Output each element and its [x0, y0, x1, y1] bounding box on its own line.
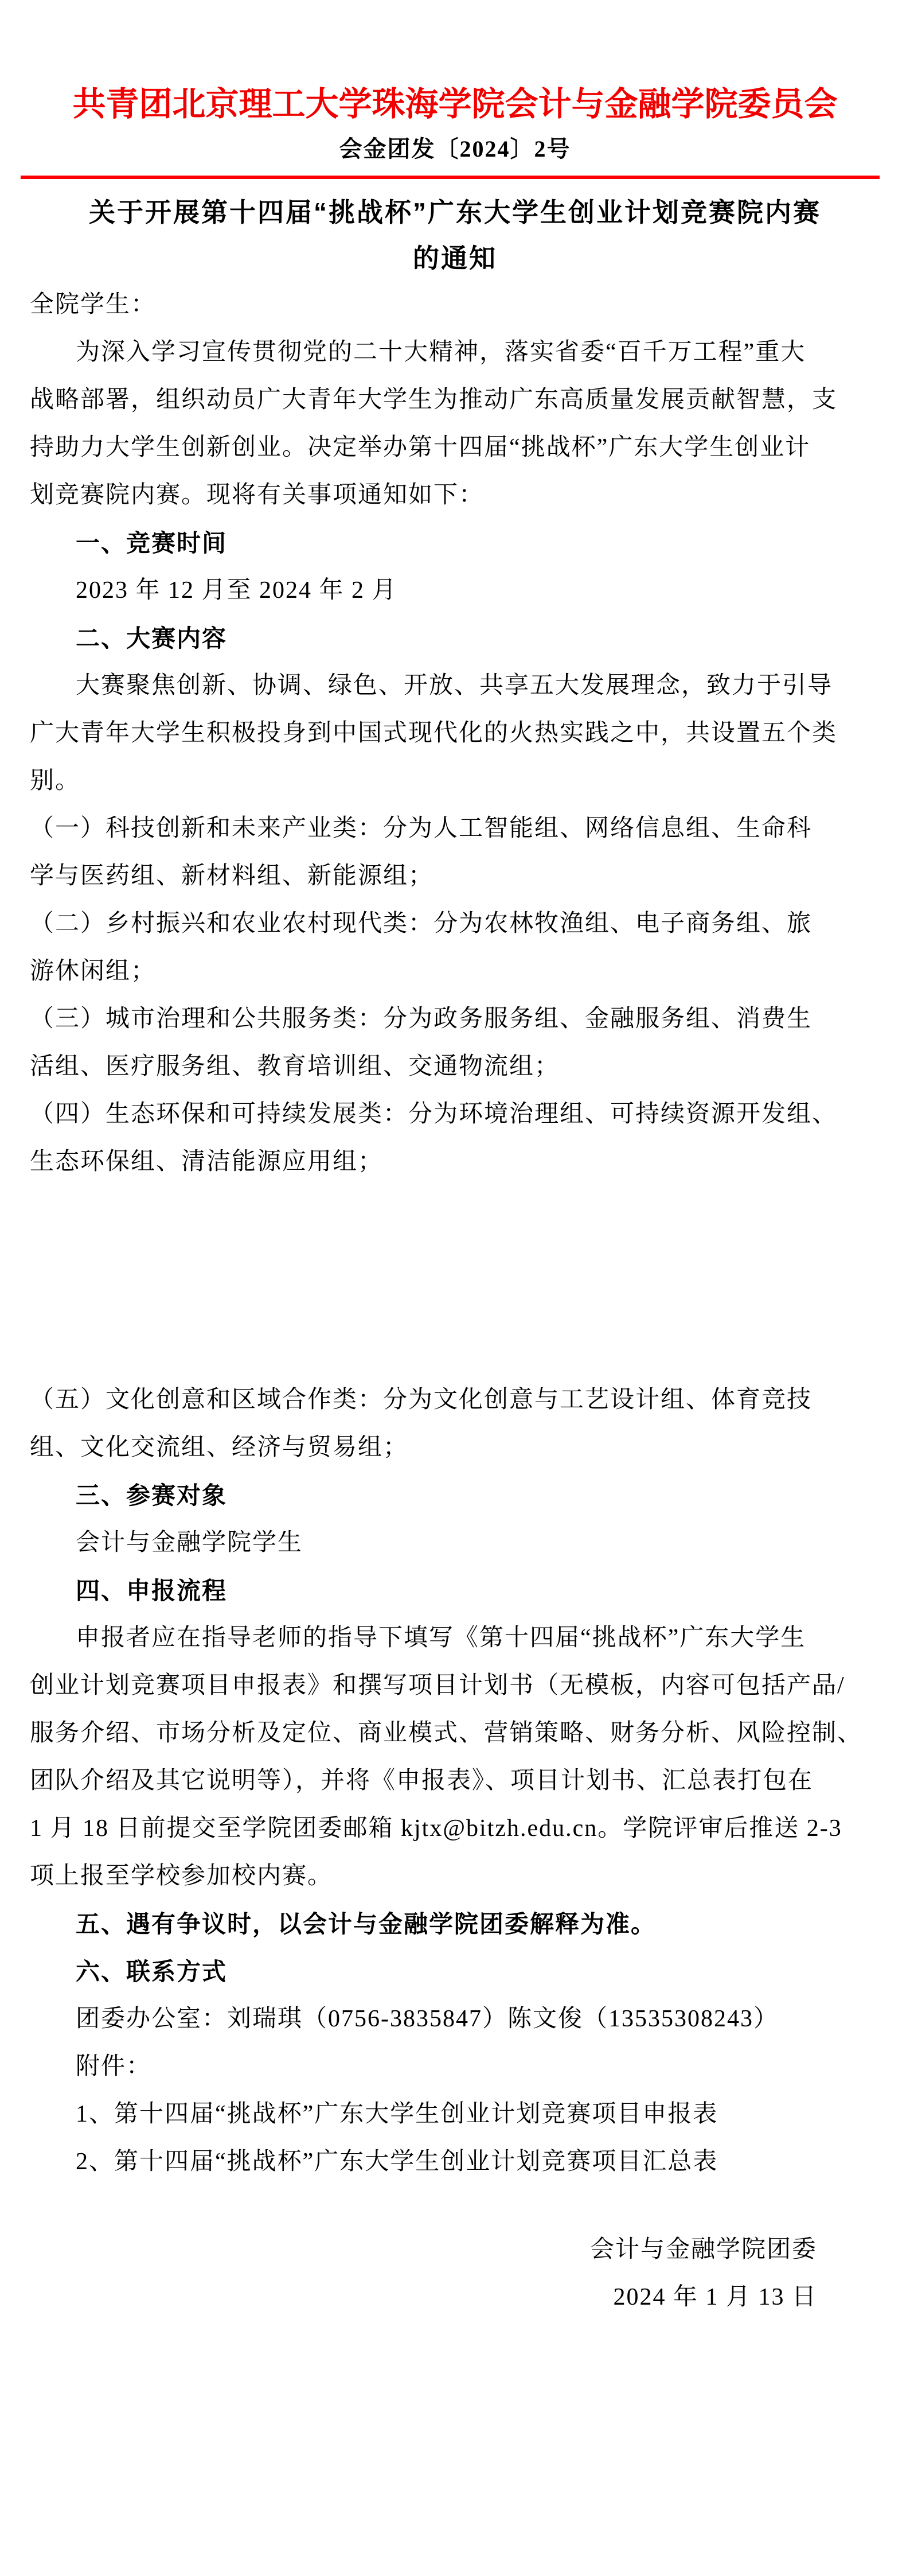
body-line: 游休闲组；: [30, 948, 850, 995]
body-line: 四、申报流程: [30, 1567, 850, 1614]
body-line: 项上报至学校参加校内赛。: [30, 1853, 850, 1900]
red-divider-rule: [21, 176, 880, 179]
body-line: 全院学生：: [30, 281, 850, 329]
body-line: （三）城市治理和公共服务类：分为政务服务组、金融服务组、消费生: [30, 995, 850, 1043]
body-line: 一、竞赛时间: [30, 519, 850, 567]
body-line: 活组、医疗服务组、教育培训组、交通物流组；: [30, 1043, 850, 1091]
body-line: 服务介绍、市场分析及定位、商业模式、营销策略、财务分析、风险控制、: [30, 1710, 850, 1757]
body-line: 持助力大学生创新创业。决定举办第十四届“挑战杯”广东大学生创业计: [30, 424, 850, 472]
body-line: 1 月 18 日前提交至学院团委邮箱 kjtx@bitzh.edu.cn。学院评…: [30, 1805, 850, 1853]
body-line: （二）乡村振兴和农业农村现代类：分为农林牧渔组、电子商务组、旅: [30, 900, 850, 948]
body-line: 创业计划竞赛项目申报表》和撰写项目计划书（无模板，内容可包括产品/: [30, 1662, 850, 1710]
body-line: 三、参赛对象: [30, 1472, 850, 1519]
body-line: （四）生态环保和可持续发展类：分为环境治理组、可持续资源开发组、: [30, 1091, 850, 1138]
body-line: 1、第十四届“挑战杯”广东大学生创业计划竞赛项目申报表: [30, 2091, 850, 2138]
body-line: 战略部署，组织动员广大青年大学生为推动广东高质量发展贡献智慧，支: [30, 376, 850, 424]
body-line: 广大青年大学生积极投身到中国式现代化的火热实践之中，共设置五个类: [30, 710, 850, 757]
document-title-line2: 的通知: [0, 235, 910, 281]
body-line: 附件：: [30, 2043, 850, 2091]
body-line: （一）科技创新和未来产业类：分为人工智能组、网络信息组、生命科: [30, 805, 850, 853]
body-line: 学与医药组、新材料组、新能源组；: [30, 853, 850, 900]
signature-date: 2024 年 1 月 13 日: [30, 2274, 850, 2321]
body-line: （五）文化创意和区域合作类：分为文化创意与工艺设计组、体育竞技: [30, 1376, 850, 1424]
body-line: 别。: [30, 757, 850, 805]
notice-document-page: 共青团北京理工大学珠海学院会计与金融学院委员会 会金团发〔2024〕2号 关于开…: [0, 0, 910, 2576]
body-line: 五、遇有争议时，以会计与金融学院团委解释为准。: [30, 1900, 850, 1948]
body-line: 团委办公室：刘瑞琪（0756-3835847）陈文俊（13535308243）: [30, 1995, 850, 2043]
body-line: 组、文化交流组、经济与贸易组；: [30, 1424, 850, 1472]
header-org-title: 共青团北京理工大学珠海学院会计与金融学院委员会: [0, 0, 910, 127]
document-title-line1: 关于开展第十四届“挑战杯”广东大学生创业计划竞赛院内赛: [0, 189, 910, 235]
body-line: 大赛聚焦创新、协调、绿色、开放、共享五大发展理念，致力于引导: [30, 662, 850, 710]
notice-body: 全院学生：为深入学习宣传贯彻党的二十大精神，落实省委“百千万工程”重大战略部署，…: [0, 281, 910, 2186]
document-number: 会金团发〔2024〕2号: [0, 135, 910, 163]
signature-block: 会计与金融学院团委 2024 年 1 月 13 日: [0, 2226, 910, 2321]
body-line: 生态环保组、清洁能源应用组；: [30, 1138, 850, 1186]
body-line: 团队介绍及其它说明等），并将《申报表》、项目计划书、汇总表打包在: [30, 1757, 850, 1805]
body-line: 为深入学习宣传贯彻党的二十大精神，落实省委“百千万工程”重大: [30, 329, 850, 376]
body-line: 2、第十四届“挑战杯”广东大学生创业计划竞赛项目汇总表: [30, 2138, 850, 2186]
body-line: 申报者应在指导老师的指导下填写《第十四届“挑战杯”广东大学生: [30, 1614, 850, 1662]
document-title: 关于开展第十四届“挑战杯”广东大学生创业计划竞赛院内赛 的通知: [0, 189, 910, 281]
body-line: 划竞赛院内赛。现将有关事项通知如下：: [30, 472, 850, 519]
body-line: 2023 年 12 月至 2024 年 2 月: [30, 567, 850, 614]
body-line: 二、大赛内容: [30, 614, 850, 662]
body-line: 会计与金融学院学生: [30, 1519, 850, 1567]
signature-org: 会计与金融学院团委: [30, 2226, 850, 2274]
body-line: 六、联系方式: [30, 1948, 850, 1995]
